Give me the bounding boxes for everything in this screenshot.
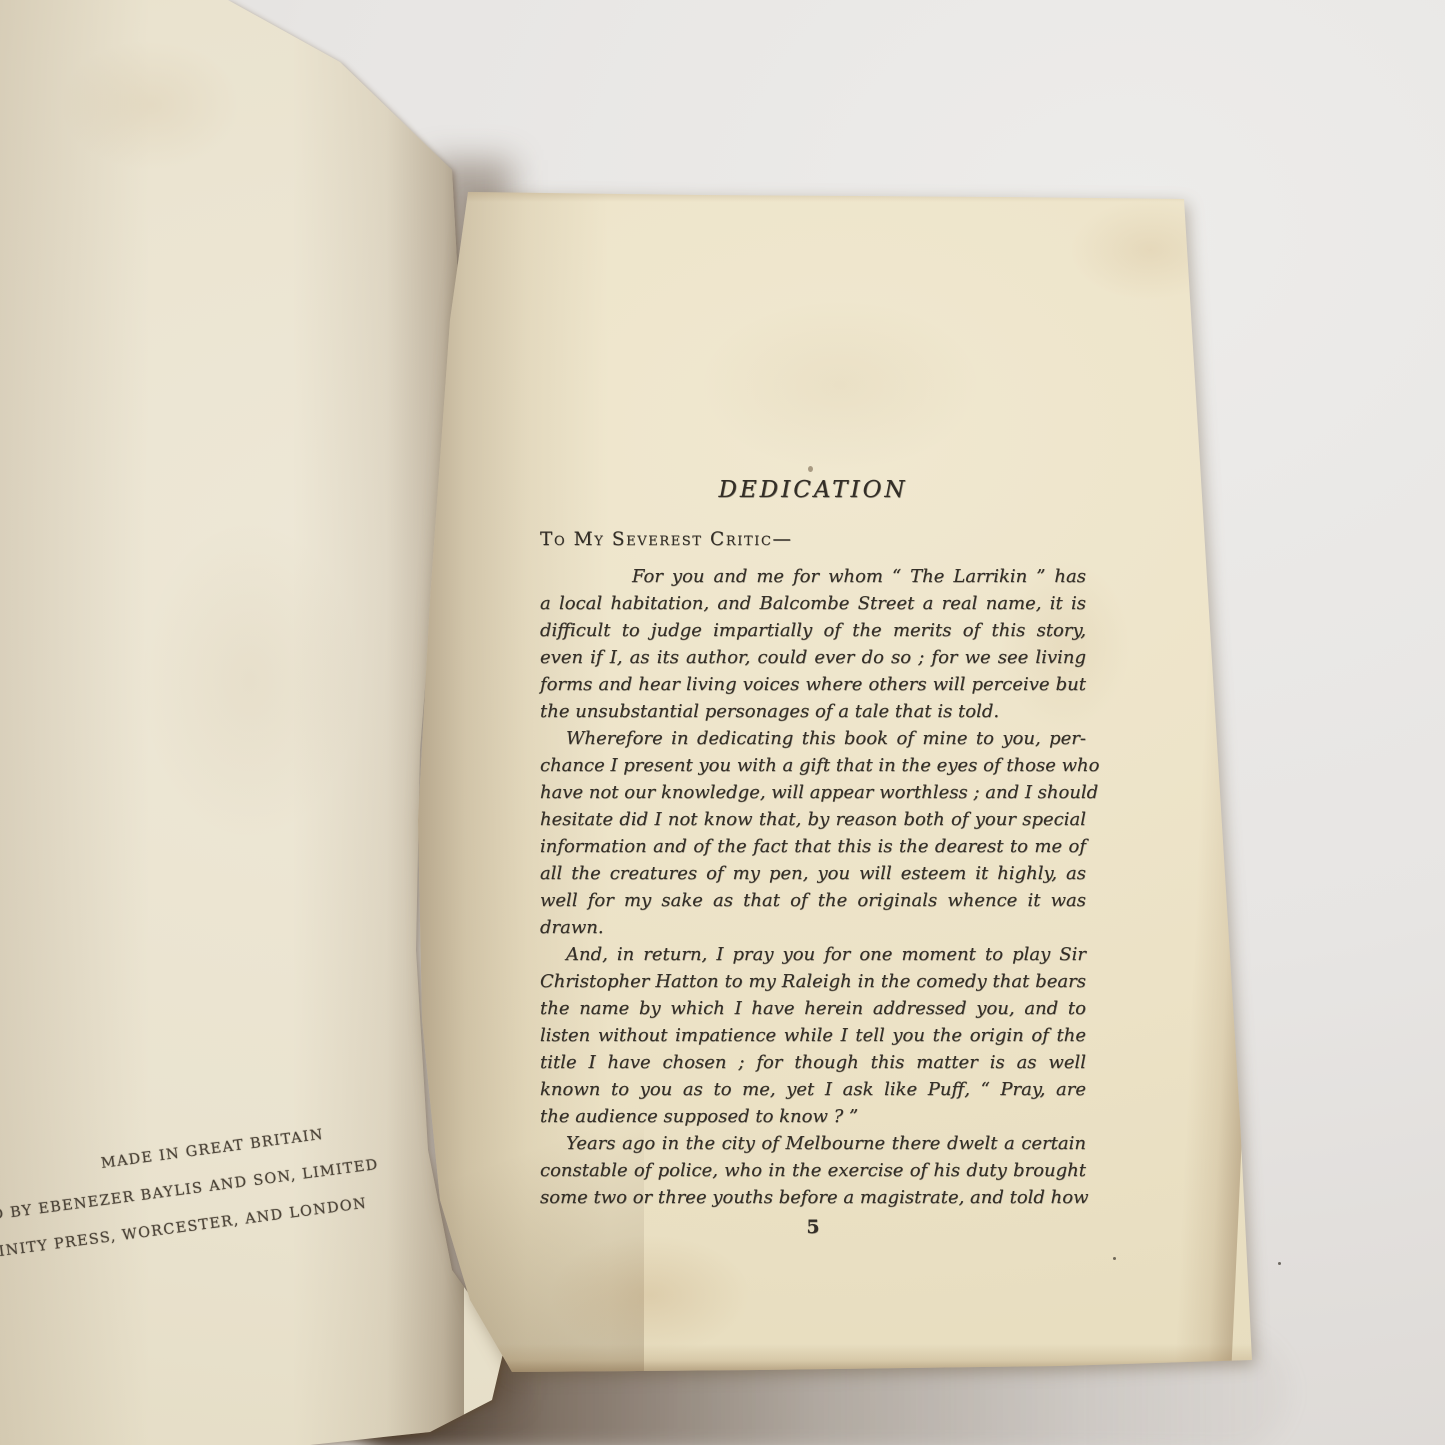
page-number: 5 — [540, 1216, 1086, 1238]
text-line: all the creatures of my pen, you will es… — [540, 860, 1086, 887]
dust-speck — [1278, 1262, 1281, 1265]
text-line: some two or three youths before a magist… — [540, 1184, 1086, 1211]
text-line: difficult to judge impartially of the me… — [540, 617, 1086, 644]
text-line: listen without impatience while I tell y… — [540, 1022, 1086, 1049]
dedication-paragraph: And, in return, I pray you for one momen… — [540, 941, 1086, 1130]
text-line: constable of police, who in the exercise… — [540, 1157, 1086, 1184]
text-line: the audience supposed to know ? ” — [540, 1103, 1086, 1130]
dedication-text-block: DEDICATION To My Severest Critic— For yo… — [540, 474, 1086, 1211]
right-page: DEDICATION To My Severest Critic— For yo… — [0, 0, 1445, 1445]
right-page-bottom-edge — [468, 1344, 1260, 1374]
text-line: Wherefore in dedicating this book of min… — [540, 725, 1086, 752]
text-line: even if I, as its author, could ever do … — [540, 644, 1086, 671]
dust-speck — [1113, 1257, 1116, 1260]
text-line: the unsubstantial personages of a tale t… — [540, 698, 1086, 725]
page-stain — [700, 300, 980, 470]
text-line: well for my sake as that of the original… — [540, 887, 1086, 914]
text-line: drawn. — [540, 914, 1086, 941]
text-line: hesitate did I not know that, by reason … — [540, 806, 1086, 833]
dedication-paragraph: For you and me for whom “ The Larrikin ”… — [540, 563, 1086, 725]
dedication-paragraph: Years ago in the city of Melbourne there… — [540, 1130, 1086, 1211]
text-line: have not our knowledge, will appear wort… — [540, 779, 1086, 806]
text-line: For you and me for whom “ The Larrikin ”… — [540, 563, 1086, 590]
dedication-heading: DEDICATION — [540, 474, 1086, 506]
salutation-line: To My Severest Critic— — [540, 526, 1086, 553]
text-line: And, in return, I pray you for one momen… — [540, 941, 1086, 968]
text-line: chance I present you with a gift that in… — [540, 752, 1086, 779]
dedication-paragraph: Wherefore in dedicating this book of min… — [540, 725, 1086, 941]
text-line: information and of the fact that this is… — [540, 833, 1086, 860]
right-page-top-edge — [455, 186, 1195, 202]
book-photo: MADE IN GREAT BRITAINNTED BY EBENEZER BA… — [0, 0, 1445, 1445]
page-stain — [1070, 200, 1230, 300]
text-line: Christopher Hatton to my Raleigh in the … — [540, 968, 1086, 995]
text-line: forms and hear living voices where other… — [540, 671, 1086, 698]
right-page-fore-edge — [1113, 190, 1285, 1375]
page-stain — [808, 466, 813, 472]
text-line: the name by which I have herein addresse… — [540, 995, 1086, 1022]
text-line: known to you as to me, yet I ask like Pu… — [540, 1076, 1086, 1103]
text-line: a local habitation, and Balcombe Street … — [540, 590, 1086, 617]
right-page-wrapper: DEDICATION To My Severest Critic— For yo… — [0, 0, 1445, 1445]
text-line: title I have chosen ; for though this ma… — [540, 1049, 1086, 1076]
page-stain — [550, 1235, 750, 1355]
text-line: Years ago in the city of Melbourne there… — [540, 1130, 1086, 1157]
